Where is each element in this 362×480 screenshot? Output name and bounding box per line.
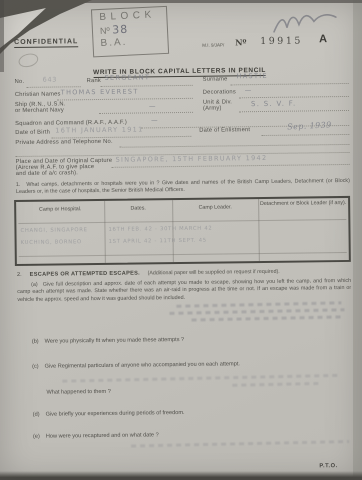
faint-pencil-marks (169, 308, 344, 315)
ship-value: — (149, 102, 157, 110)
field-underline (51, 135, 191, 139)
question-b: (b)Were you physically fit when you made… (32, 337, 184, 345)
christian-names-label: Christian Names (15, 91, 61, 98)
form-reference-code: M.I. 9/JAP/ (202, 42, 224, 47)
no-field-value: 643 (43, 76, 58, 84)
decorations-value: — (245, 86, 253, 94)
faint-pencil-marks (232, 382, 322, 387)
table-row-camp: CHANGI, SINGAPORE (20, 227, 87, 234)
field-underline (101, 84, 193, 87)
stamp-no-prefix: Nº (100, 26, 110, 36)
rank-field-value: SERGEANT (105, 73, 151, 82)
decorations-label: Decorations (203, 89, 236, 95)
serial-no-label: Nº (235, 37, 246, 47)
table-row-dates: 1ST APRIL 42 - 11TH SEPT. 45 (109, 238, 207, 245)
unit-label-line2: (Army) (203, 105, 222, 111)
question-a-number: (a) (31, 282, 38, 288)
question-a-text: Give full description and approx. date o… (17, 278, 351, 303)
field-underline (119, 143, 349, 148)
faint-pencil-marks (192, 315, 342, 321)
block-number-stamp: BLOCK Nº 38 B.A. (91, 6, 169, 58)
table-row-dates: 16TH FEB. 42 - 30TH MARCH 42 (108, 226, 212, 233)
column-header-camp: Camp or Hospital. (16, 206, 104, 214)
table-row-camp: KUCHING, BORNEO (21, 239, 82, 246)
question-b-number: (b) (32, 339, 39, 345)
pencil-scribble-icon (270, 9, 342, 36)
column-header-dates: Dates. (104, 205, 172, 212)
scanned-pow-form: CONFIDENTIAL BLOCK Nº 38 B.A. M.I. 9/JAP… (0, 0, 362, 480)
pto-label: P.T.O. (319, 463, 337, 469)
faint-pencil-marks (176, 301, 341, 307)
column-header-detachment-leader: Detachment or Block Leader (if any). (258, 200, 348, 208)
ship-label-line2: or Merchant Navy (15, 107, 64, 114)
field-underline (112, 163, 350, 168)
table-inner-bottom-line (19, 252, 347, 257)
section-2-note: (Additional paper will be supplied on re… (148, 269, 280, 277)
squadron-value: — (151, 116, 159, 124)
stamp-line3: B.A. (100, 35, 167, 49)
stamp-no-value: 38 (112, 23, 129, 37)
camps-table: Camp or Hospital. Dates. Camp Leader. De… (14, 196, 351, 266)
question-a: (a)Give full description and approx. dat… (17, 278, 351, 304)
surname-field-label: Surname (203, 76, 228, 82)
field-underline (239, 95, 349, 98)
question-d-text: Give briefly your experiences during per… (46, 410, 185, 418)
date-of-birth-value: 16TH JANUARY 1911 (55, 125, 143, 134)
question-c-text: Give Regimental particulars of anyone wh… (45, 361, 240, 369)
column-header-camp-leader: Camp Leader. (172, 204, 258, 212)
question-d: (d)Give briefly your experiences during … (33, 410, 185, 418)
question-d-number: (d) (33, 412, 40, 418)
question-e: (e)How were you recaptured and on what d… (33, 432, 159, 440)
form-page: CONFIDENTIAL BLOCK Nº 38 B.A. M.I. 9/JAP… (0, 0, 362, 480)
question-c: (c)Give Regimental particulars of anyone… (32, 361, 240, 370)
field-underline (231, 82, 349, 85)
section-2-heading: 2.ESCAPES OR ATTEMPTED ESCAPES. (Additio… (17, 268, 351, 278)
date-of-birth-label: Date of Birth (15, 130, 50, 136)
surname-field-value: HASTIE (237, 72, 268, 80)
field-underline (57, 97, 193, 101)
question-c2-text: What happened to them ? (46, 389, 110, 396)
field-underline (239, 109, 349, 112)
field-underline (99, 111, 193, 114)
question-1: 1.What camps, detachments or hospitals w… (16, 178, 350, 197)
form-title: WRITE IN BLOCK CAPITAL LETTERS IN PENCIL (12, 58, 346, 80)
section-2-title: ESCAPES OR ATTEMPTED ESCAPES. (30, 271, 140, 278)
capture-label-line3: and date of a/c crash). (16, 170, 78, 177)
rank-field-label: Rank (87, 78, 101, 84)
question-1-number: 1. (16, 182, 21, 188)
unit-value: S. S. V. F. (251, 100, 297, 109)
question-b-text: Were you physically fit when you made th… (45, 337, 185, 345)
date-of-enlistment-value: Sep. 1939 (287, 120, 332, 131)
date-of-enlistment-label: Date of Enlistment (199, 127, 250, 134)
section-2-number: 2. (17, 272, 22, 278)
bleed-through-marks (131, 440, 349, 448)
classification-label: CONFIDENTIAL (14, 38, 78, 48)
serial-number: 19915 (260, 35, 303, 47)
question-c-number: (c) (32, 364, 39, 370)
capture-value: SINGAPORE, 15TH FEBRUARY 1942 (116, 154, 268, 164)
field-underline (261, 133, 349, 136)
faint-pencil-marks (62, 374, 337, 383)
table-header-divider (18, 219, 346, 224)
question-1-text: What camps, detachments or hospitals wer… (16, 178, 350, 195)
no-field-label: No. (15, 79, 25, 85)
question-e-text: How were you recaptured and on what date… (46, 432, 159, 439)
private-address-label: Private Address and Telephone No. (15, 139, 112, 146)
question-c2: What happened to them ? (46, 389, 110, 396)
question-e-number: (e) (33, 434, 40, 440)
scan-bottom-edge (0, 471, 362, 480)
christian-names-value: THOMAS EVEREST (61, 88, 139, 97)
table-column-divider (258, 199, 260, 261)
